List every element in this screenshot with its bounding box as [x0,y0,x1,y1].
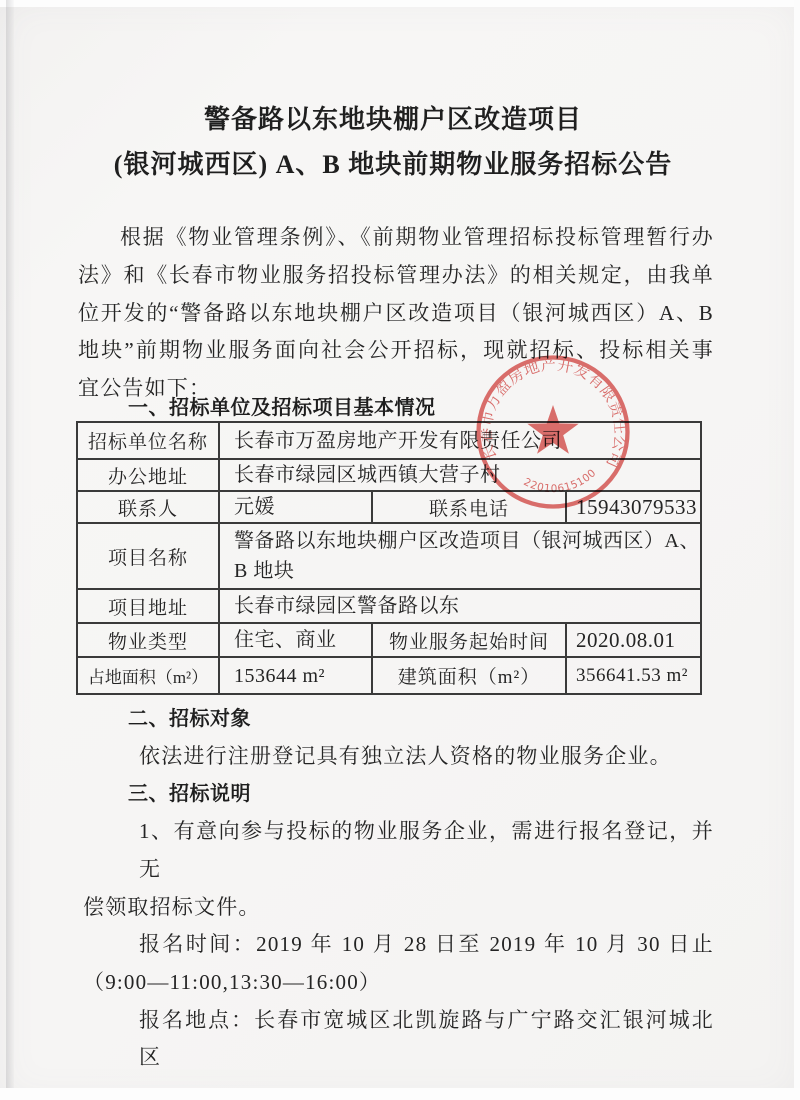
section3-item1-line1: 1、有意向参与投标的物业服务企业，需进行报名登记，并无 [76,813,714,888]
land-area-label: 占地面积（m²） [77,657,219,694]
intro-paragraph: 根据《物业管理条例》、《前期物业管理招标投标管理暂行办 法》和《长春市物业服务招… [78,219,714,408]
bid-unit-label: 招标单位名称 [77,422,219,459]
project-name-label: 项目名称 [77,523,219,589]
table-row-property-type: 物业类型 住宅、商业 物业服务起始时间 2020.08.01 [77,623,701,657]
section3-heading: 三、招标说明 [76,775,714,813]
table-row-bid-unit: 招标单位名称 长春市万盈房地产开发有限责任公司 [77,422,701,459]
intro-line: 地块”前期物业服务面向社会公开招标，现就招标、投标相关事 [78,332,714,370]
project-address-label: 项目地址 [77,589,219,623]
contact-value: 元媛 [219,491,372,523]
office-address-label: 办公地址 [77,459,219,491]
service-start-value: 2020.08.01 [566,623,701,657]
table-row-area: 占地面积（m²） 153644 m² 建筑面积（m²） 356641.53 m² [77,657,701,694]
document-body-sections: 二、招标对象 依法进行注册登记具有独立法人资格的物业服务企业。 三、招标说明 1… [76,700,714,1077]
scan-edge-bottom [0,1088,800,1100]
registration-time-line1: 报名时间：2019 年 10 月 28 日至 2019 年 10 月 30 日止 [76,926,714,964]
project-name-value: 警备路以东地块棚户区改造项目（银河城西区）A、B 地块 [219,523,701,589]
table-row-office-address: 办公地址 长春市绿园区城西镇大营子村 [77,459,701,491]
phone-label: 联系电话 [372,491,566,523]
project-address-value: 长春市绿园区警备路以东 [219,589,701,623]
section2-body: 依法进行注册登记具有独立法人资格的物业服务企业。 [76,738,714,776]
table-row-project-name: 项目名称 警备路以东地块棚户区改造项目（银河城西区）A、B 地块 [77,523,701,589]
phone-value: 15943079533 [566,491,701,523]
build-area-label: 建筑面积（m²） [372,657,566,694]
intro-line: 根据《物业管理条例》、《前期物业管理招标投标管理暂行办 [78,219,714,257]
table-row-project-address: 项目地址 长春市绿园区警备路以东 [77,589,701,623]
table-row-contact: 联系人 元媛 联系电话 15943079533 [77,491,701,523]
title-line-1: 警备路以东地块棚户区改造项目 [76,97,710,142]
document-title: 警备路以东地块棚户区改造项目 (银河城西区) A、B 地块前期物业服务招标公告 [76,97,710,187]
build-area-value: 356641.53 m² [566,657,701,694]
contact-label: 联系人 [77,491,219,523]
office-address-value: 长春市绿园区城西镇大营子村 [219,459,701,491]
property-type-label: 物业类型 [77,623,219,657]
intro-line: 法》和《长春市物业服务招投标管理办法》的相关规定，由我单 [78,257,714,295]
title-line-2: (银河城西区) A、B 地块前期物业服务招标公告 [76,142,710,187]
property-type-value: 住宅、商业 [219,623,372,657]
scanned-page: 警备路以东地块棚户区改造项目 (银河城西区) A、B 地块前期物业服务招标公告 … [0,0,800,1100]
scan-edge-top [0,0,800,7]
land-area-value: 153644 m² [219,657,372,694]
section3-item1-line2: 偿领取招标文件。 [76,889,714,927]
service-start-label: 物业服务起始时间 [372,623,566,657]
scan-edge-left [6,0,14,1100]
bid-unit-value: 长春市万盈房地产开发有限责任公司 [219,422,701,459]
section1-heading: 一、招标单位及招标项目基本情况 [128,391,436,420]
project-info-table: 招标单位名称 长春市万盈房地产开发有限责任公司 办公地址 长春市绿园区城西镇大营… [76,421,702,695]
scan-edge-right [794,0,800,1100]
intro-line: 位开发的“警备路以东地块棚户区改造项目（银河城西区）A、B [78,295,714,333]
registration-place-line: 报名地点：长春市宽城区北凯旋路与广宁路交汇银河城北区 [76,1002,714,1077]
section2-heading: 二、招标对象 [76,700,714,738]
registration-time-line2: （9:00—11:00,13:30—16:00） [76,964,714,1002]
